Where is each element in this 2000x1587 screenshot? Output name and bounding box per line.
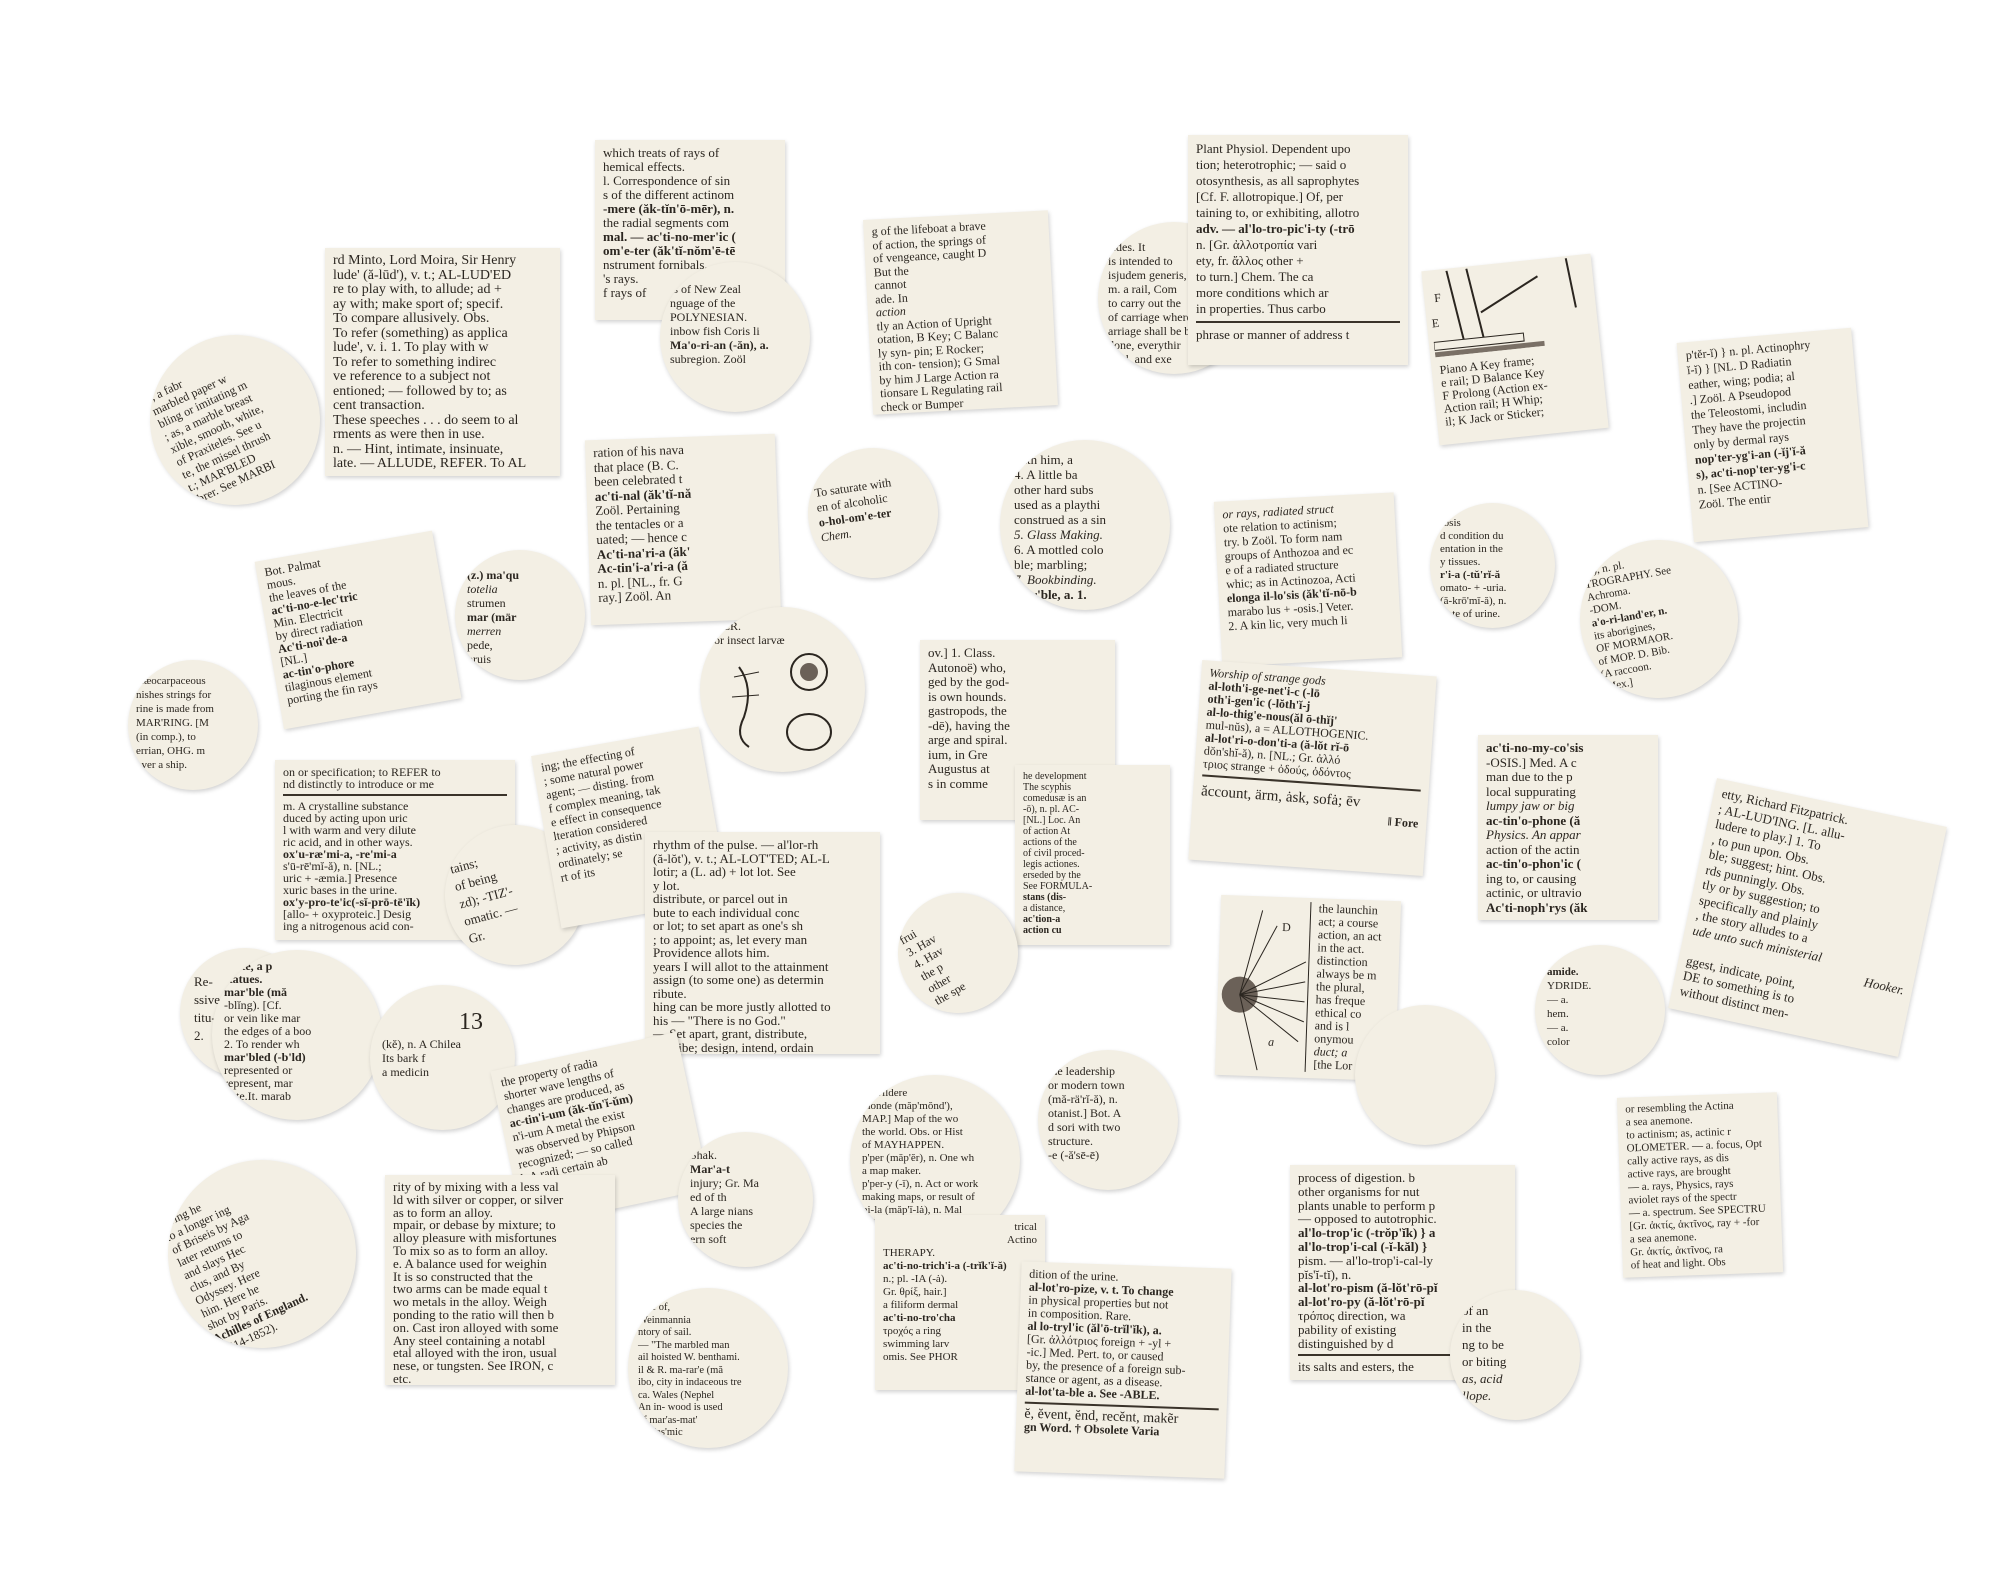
scrap-line: used as a playthi <box>1014 497 1156 512</box>
scrap-line: of mar'as-mat' <box>638 1415 778 1428</box>
scrap-line: om'e-ter (ăk'tĭ-nŏm'ē-tē <box>603 244 777 258</box>
scrap-actinic-square: or resembling the Actina a sea anemone. … <box>1617 1092 1783 1277</box>
scrap-line: lotir; a (L. ad) + lot lot. See <box>653 865 872 879</box>
scrap-line: Its bark f <box>382 1051 503 1065</box>
scrap-line: tion; heterotrophic; — said o <box>1196 157 1400 173</box>
scrap-line: making maps, or result of <box>862 1191 1008 1204</box>
scrap-page-number-circle: 13 (kĕ), n. A Chilea Its bark f a medici… <box>370 985 515 1130</box>
scrap-line: merren <box>467 624 573 638</box>
scrap-line: gute.It. marab <box>224 1090 370 1103</box>
scrap-line: ac'ti-no-trich'i-a (-trĭk'ĭ-ă) <box>883 1260 1037 1273</box>
scrap-allot-square: rhythm of the pulse. — al'lor-rh (ă-lŏt'… <box>645 832 880 1054</box>
scrap-line: the leadership <box>1048 1064 1168 1078</box>
scrap-line: otanist.] Bot. A <box>1048 1106 1168 1120</box>
scrap-line: (z.) ma'qu <box>467 568 573 582</box>
scrap-line: erseded by the <box>1023 870 1162 881</box>
scrap-line: taining to, or exhibiting, allotro <box>1196 205 1400 221</box>
scrap-allude-tilted-square: etty, Richard Fitzpatrick. ; AL-LUD'ING.… <box>1668 778 1947 1057</box>
scrap-line: d condition du <box>1440 530 1545 543</box>
scrap-line: To refer to something indirec <box>333 356 552 371</box>
scrap-line: y lot. <box>653 879 872 893</box>
scrap-line: (mă-rä'rĭ-ă), n. <box>1048 1092 1168 1106</box>
scrap-line: il & R. ma-rar'e (mă <box>638 1365 778 1378</box>
scrap-line: An in- wood is used <box>638 1402 778 1415</box>
scrap-line: arge and spiral. <box>928 733 1107 748</box>
scrap-line: -dē), having the <box>928 719 1107 734</box>
scrap-line: omato- + -uria. <box>1440 582 1545 595</box>
scrap-line: — a. <box>1547 993 1653 1007</box>
scrap-line: his — "There is no God." <box>653 1014 872 1028</box>
scrap-line: hing can be more justly allotted to <box>653 1000 872 1014</box>
scrap-line: totelia <box>467 582 573 596</box>
scrap-line: of MAYHAPPEN. <box>862 1139 1008 1152</box>
scrap-line: rd Minto, Lord Moira, Sir Henry <box>333 254 552 269</box>
scrap-line: ac'tion-a <box>1023 914 1162 925</box>
scrap-line: ety, fr. ἄλλος other + <box>1196 253 1400 269</box>
scrap-piano-key-frame-square: F E Piano A Key frame; e rail; D Balance… <box>1421 254 1608 446</box>
scrap-line: d sori with two <box>1048 1120 1168 1134</box>
scrap-line: — "The marbled man <box>638 1340 778 1353</box>
scrap-line: other organisms for nut <box>1298 1185 1507 1199</box>
scrap-line: actinic, or ultravio <box>1486 886 1650 901</box>
scrap-line: in properties. Thus carbo <box>1196 301 1400 317</box>
scrap-line: s of the different actinom <box>603 188 777 202</box>
scrap-line: YDRIDE. <box>1547 979 1653 993</box>
scrap-line: τροχός a ring <box>883 1325 1037 1338</box>
scrap-line: rescribe; design, intend, ordain <box>653 1041 872 1055</box>
scrap-line: (kĕ), n. A Chilea <box>382 1037 503 1051</box>
scrap-line: other hard subs <box>1014 482 1156 497</box>
scrap-line: monde (măp'mŏnd'), <box>862 1100 1008 1113</box>
scrap-line: n. [Gr. ἀλλοτροπία vari <box>1196 237 1400 253</box>
scrap-line: These speeches . . . do seem to al <box>333 414 552 429</box>
scrap-line: ca. Wales (Nephel <box>638 1390 778 1403</box>
scrap-line: DER. <box>714 619 851 633</box>
scrap-line: ibo, city in indaceous tre <box>638 1377 778 1390</box>
scrap-line: Shak. <box>690 1148 801 1162</box>
scrap-line: ay with; make sport of; specif. <box>333 298 552 313</box>
scrap-line: bruis <box>467 652 573 666</box>
scrap-line: y tissues. <box>1440 556 1545 569</box>
scrap-line: ng to be <box>1462 1336 1568 1353</box>
scrap-line: phrase or manner of address t <box>1196 327 1400 343</box>
scrap-line: is own hounds. <box>928 690 1107 705</box>
scrap-line: pede, <box>467 638 573 652</box>
scrap-line: of civil proced- <box>1023 848 1162 859</box>
scrap-marble-circle: with him, a 4. A little ba other hard su… <box>1000 440 1170 610</box>
scrap-line: hem. <box>1547 1007 1653 1021</box>
scrap-line: lude', v. i. 1. To play with w <box>333 341 552 356</box>
scrap-line: -e (-ă'sē-ē) <box>1048 1148 1168 1162</box>
scrap-line: state of urine. <box>1440 608 1545 621</box>
scrap-line: 4. A little ba <box>1014 467 1156 482</box>
scrap-line: 6. A mottled colo <box>1014 542 1156 557</box>
scrap-marble-paste-circle: paste, a p statues. mar'ble (mă -blĭng).… <box>212 950 382 1120</box>
scrap-line: more conditions which ar <box>1196 285 1400 301</box>
scrap-line: (ă-krō'mĭ-ă), n. <box>1440 595 1545 608</box>
scrap-line: over a ship. <box>136 758 250 772</box>
scrap-line: Ac'ti-noph'rys (ăk <box>1486 901 1650 916</box>
scrap-radiated-structure-square: or rays, radiated struct ote relation to… <box>1214 492 1402 666</box>
scrap-urine-circle: -osis d condition du entation in the y t… <box>1430 503 1555 628</box>
scrap-line: structure. <box>1048 1134 1168 1148</box>
scrap-line: or biting <box>1462 1353 1568 1370</box>
scrap-line: amide. <box>1547 965 1653 979</box>
scrap-line: pism. — al'lo-trop'i-cal-ly <box>1298 1254 1507 1268</box>
scrap-line: rade of, <box>638 1302 778 1315</box>
scrap-line: actions of the <box>1023 837 1162 848</box>
scrap-line: etc. <box>393 1373 607 1385</box>
scrap-elaeocarpaceous-circle: elæocarpaceous nishes strings for rine i… <box>128 660 258 790</box>
scrap-line: gastropods, the <box>928 704 1107 719</box>
scrap-line: rments as were then in use. <box>333 428 552 443</box>
scrap-line: Actino <box>883 1234 1037 1247</box>
scrap-line: entation in the <box>1440 543 1545 556</box>
scrap-line: Physics. An appar <box>1486 828 1650 843</box>
scrap-line: local suppurating <box>1486 785 1650 800</box>
scrap-line: a medicin <box>382 1065 503 1079</box>
scrap-line: -ō), n. pl. AC- <box>1023 804 1162 815</box>
scrap-line: a distance, <box>1023 903 1162 914</box>
scrap-line: MAP.] Map of the wo <box>862 1113 1008 1126</box>
scrap-line: ntory of sail. <box>638 1327 778 1340</box>
scrap-line: color <box>1547 1035 1653 1049</box>
scrap-line: process of digestion. b <box>1298 1171 1507 1185</box>
scrap-amide-circle: amide. YDRIDE. — a. hem. — a. color <box>1535 945 1665 1075</box>
scrap-line: which treats of rays of <box>603 146 777 160</box>
scrap-line: -osis <box>1440 517 1545 530</box>
scrap-line: nese, or tungsten. See IRON, c <box>393 1360 607 1373</box>
scrap-line: ac'ti-no-my-co'sis <box>1486 741 1650 756</box>
scrap-line: action cu <box>1023 925 1162 936</box>
scrap-line: nguage of the <box>670 296 800 310</box>
scrap-line: injury; Gr. Ma <box>690 1176 801 1190</box>
radiolarian-illustration-icon: D a <box>1217 899 1313 1072</box>
scrap-aucuba-circle: owing he to a longer ing of Briseis by A… <box>137 1129 387 1379</box>
scrap-line: species the <box>690 1218 801 1232</box>
scrap-line: comedusæ is an <box>1023 793 1162 804</box>
scrap-line: al-lot'ro-pism (ă-lŏt'rō-pĭ <box>1298 1281 1507 1295</box>
page-number: 13 <box>382 1007 503 1037</box>
scrap-line: of an <box>1462 1302 1568 1319</box>
scrap-line: with him, a <box>1014 452 1156 467</box>
scrap-line: -OSIS.] Med. A c <box>1486 756 1650 771</box>
scrap-line: 7. Bookbinding. <box>1014 572 1156 587</box>
scrap-line: ing to, or causing <box>1486 872 1650 887</box>
scrap-line: ble; marbling; <box>1014 557 1156 572</box>
scrap-line: ac-tin'o-phon'ic ( <box>1486 857 1650 872</box>
scrap-line: To compare allusively. Obs. <box>333 312 552 327</box>
scrap-line: or modern town <box>1048 1078 1168 1092</box>
svg-text:F: F <box>1433 290 1441 305</box>
scrap-line: lumpy jaw or big <box>1486 799 1650 814</box>
scrap-line: ; to appoint; as, let every man <box>653 933 872 947</box>
scrap-line: Bewildere <box>862 1087 1008 1100</box>
scrap-line: al'lo-trop'ic (-trŏp'ĭk) } a <box>1298 1226 1507 1240</box>
insect-larva-illustration-icon <box>714 647 844 757</box>
scrap-line: n.; pl. -IA (-ȧ). <box>883 1273 1037 1286</box>
scrap-line: re to play with, to allude; ad + <box>333 283 552 298</box>
scrap-line: plants unable to perform p <box>1298 1199 1507 1213</box>
scrap-line: mar (mär <box>467 610 573 624</box>
scrap-line: of action At <box>1023 826 1162 837</box>
scrap-line: ed of th <box>690 1190 801 1204</box>
scrap-line: elæocarpaceous <box>136 674 250 688</box>
scrap-line: ium, in Gre <box>928 748 1107 763</box>
scrap-line: errian, OHG. m <box>136 744 250 758</box>
scrap-line: MAR'RING. [M <box>136 716 250 730</box>
scrap-actinopterygian-square: p'tĕr-ĭ) } n. pl. Actinophry ĭ-ĭ) } [NL.… <box>1677 328 1869 542</box>
scrap-line: the radial segments com <box>603 216 777 230</box>
scrap-line: l. Correspondence of sin <box>603 174 777 188</box>
scrap-line: legis actiones. <box>1023 859 1162 870</box>
scrap-line: cent transaction. <box>333 399 552 414</box>
scrap-line: trical <box>883 1221 1037 1234</box>
scrap-line: al'lo-trop'i-cal (-ĭ-kăl) } <box>1298 1240 1507 1254</box>
scrap-line: Plant Physiol. Dependent upo <box>1196 141 1400 157</box>
scrap-line: mar'as'mic <box>638 1427 778 1440</box>
scrap-line: mal. — ac'ti-no-mer'ic ( <box>603 230 777 244</box>
scrap-line: a map maker. <box>862 1165 1008 1178</box>
scrap-line: nishes strings for <box>136 688 250 702</box>
scrap-allotrylic-square: dition of the urine. al-lot'ro-pize, v. … <box>1014 1261 1231 1478</box>
scrap-line: Weinmannia <box>638 1315 778 1328</box>
scrap-line: ern soft <box>690 1232 801 1246</box>
scrap-line: To refer (something) as applica <box>333 327 552 342</box>
scrap-line: swimming larv <box>883 1338 1037 1351</box>
scrap-line: as, acid <box>1462 1370 1568 1387</box>
scrap-line: lude' (ă-lūd'), v. t.; AL-LUD'ED <box>333 269 552 284</box>
scrap-line: rine is made from <box>136 702 250 716</box>
scrap-line: ve reference to a subject not <box>333 370 552 385</box>
svg-text:D: D <box>1282 920 1291 934</box>
scrap-line: to turn.] Chem. The ca <box>1196 269 1400 285</box>
scrap-line: is of New Zeal <box>670 282 800 296</box>
scrap-line: man due to the p <box>1486 770 1650 785</box>
scrap-line: (ă-lŏt'), v. t.; AL-LOT'TED; AL-L <box>653 852 872 866</box>
scrap-actionable-square: he development The scyphis comedusæ is a… <box>1015 765 1170 945</box>
scrap-line: construed as a sin <box>1014 512 1156 527</box>
scrap-line: n. — Hint, intimate, insinuate, <box>333 443 552 458</box>
scrap-line: POLYNESIAN. <box>670 310 800 324</box>
scrap-line: stans (dis- <box>1023 892 1162 903</box>
scrap-allotropy-square: Plant Physiol. Dependent upo tion; heter… <box>1188 135 1408 365</box>
scrap-alloy-square: rity of by mixing with a less val ld wit… <box>385 1175 615 1385</box>
scrap-line: ribute. <box>653 987 872 1001</box>
scrap-line: Providence allots him. <box>653 946 872 960</box>
scrap-line: Gr. θρίξ, hair.] <box>883 1286 1037 1299</box>
scrap-line: strumen <box>467 596 573 610</box>
scrap-line: -mere (ăk-tĭn'ō-mēr), n. <box>603 202 777 216</box>
scrap-line: a filiform dermal <box>883 1299 1037 1312</box>
scrap-line: — opposed to autotrophic. <box>1298 1212 1507 1226</box>
scrap-line: r'i-a (-tŭ'rĭ-ă <box>1440 569 1545 582</box>
scrap-line: the world. Obs. or Hist <box>862 1126 1008 1139</box>
scrap-line: nd distinctly to introduce or me <box>283 778 507 790</box>
scrap-line: inbow fish Coris li <box>670 324 800 338</box>
scrap-line: ac'ti-no-tro'cha <box>883 1312 1037 1325</box>
scrap-line: The scyphis <box>1023 782 1162 793</box>
scrap-actinomycosis-square: ac'ti-no-my-co'sis -OSIS.] Med. A c man … <box>1478 735 1658 920</box>
scrap-line: or insect larvæ <box>714 633 851 647</box>
scrap-line: [Cf. F. allotropique.] Of, per <box>1196 189 1400 205</box>
scrap-line: See FORMULA- <box>1023 881 1162 892</box>
scrap-marquetry-circle: (z.) ma'qu totelia strumen mar (mär merr… <box>455 550 585 680</box>
scrap-biting-circle: of an in the ng to be or biting as, acid… <box>1450 1290 1580 1420</box>
scrap-line: late. — ALLUDE, REFER. To AL <box>333 457 552 472</box>
scrap-insect-larvae-circle: DER. or insect larvæ <box>700 607 865 772</box>
scrap-blank-circle-a <box>1355 1005 1495 1145</box>
scrap-actinoholometer-circle: To saturate with en of alcoholic o-hol-o… <box>800 440 947 587</box>
scrap-line: in the <box>1462 1319 1568 1336</box>
svg-text:a: a <box>1268 1035 1274 1049</box>
scrap-line: ov.] 1. Class. <box>928 646 1107 661</box>
piano-action-diagram-icon: F E <box>1427 257 1585 357</box>
scrap-line: omis. See PHOR <box>883 1351 1037 1364</box>
scrap-line: action of the actin <box>1486 843 1650 858</box>
scrap-line: adv. — al'lo-tro-pic'i-ty (-trō <box>1196 221 1400 237</box>
scrap-leadership-circle: the leadership or modern town (mă-rä'rĭ-… <box>1038 1050 1178 1190</box>
scrap-line: p'per-y (-ĭ), n. Act or work <box>862 1178 1008 1191</box>
scrap-line: Ma'o-ri-an (-ăn), a. <box>670 338 800 352</box>
scrap-actinoelectric-square: Bot. Palmat mous. the leaves of the ac't… <box>255 531 462 730</box>
scrap-line: — a. <box>1547 1021 1653 1035</box>
scrap-line: ged by the god- <box>928 675 1107 690</box>
scrap-line: THERAPY. <box>883 1247 1037 1260</box>
scrap-line: years I will allot to the attainment <box>653 960 872 974</box>
scrap-marbled-circle: s, a fabr marbled paper w bling or imita… <box>122 307 348 533</box>
scrap-line: Autonoë) who, <box>928 661 1107 676</box>
divider-rule <box>1196 321 1400 323</box>
scrap-line: or lot; to set apart as one's sh <box>653 919 872 933</box>
scrap-line: he development <box>1023 771 1162 782</box>
scrap-line: [NL.] Loc. An <box>1023 815 1162 826</box>
scrap-line: mar'ble, a. 1. <box>1014 587 1156 602</box>
scrap-marbled-tree-circle: rade of, Weinmannia ntory of sail. — "Th… <box>628 1288 788 1448</box>
scrap-line: pĭs'ĭ-tĭ), n. <box>1298 1268 1507 1282</box>
scrap-maorilander-circle: ăr'), n. pl. TROGRAPHY. See Achroma. -DO… <box>1567 527 1750 710</box>
scrap-line: subregion. Zoöl <box>670 352 800 366</box>
scrap-line: otosynthesis, as all saprophytes <box>1196 173 1400 189</box>
divider-rule <box>283 794 507 796</box>
scrap-actinal-square: ration of his nava that place (B. C. bee… <box>585 434 781 626</box>
scrap-line: hemical effects. <box>603 160 777 174</box>
scrap-line: distribute, or parcel out in <box>653 892 872 906</box>
scrap-line: assign (to some one) as determin <box>653 973 872 987</box>
scrap-line: — Set apart, grant, distribute, <box>653 1027 872 1041</box>
scrap-line: llope. <box>1462 1387 1568 1404</box>
scrap-maorian-circle: is of New Zeal nguage of the POLYNESIAN.… <box>660 262 810 412</box>
scrap-allothigenous-square: Worship of strange gods al-loth'i-ge-net… <box>1188 660 1436 876</box>
scrap-line: ac-tin'o-phone (ă <box>1486 814 1650 829</box>
scrap-line: Mar'a-t <box>690 1162 801 1176</box>
scrap-line: rhythm of the pulse. — al'lor-rh <box>653 838 872 852</box>
scrap-piano-action-square: g of the lifeboat a brave of action, the… <box>863 210 1058 414</box>
scrap-allude-square: rd Minto, Lord Moira, Sir Henry lude' (ă… <box>325 248 560 476</box>
scrap-line: 5. Glass Making. <box>1014 527 1156 542</box>
scrap-line: A large nians <box>690 1204 801 1218</box>
scrap-line: bute to each individual conc <box>653 906 872 920</box>
scrap-line: entioned; — followed by to; as <box>333 385 552 400</box>
scrap-line: p'per (măp'ĕr), n. One wh <box>862 1152 1008 1165</box>
scrap-maratta-circle: Shak. Mar'a-t injury; Gr. Ma ed of th A … <box>678 1132 813 1267</box>
scrap-line: (in comp.), to <box>136 730 250 744</box>
scrap-line: ail hoisted W. benthami. <box>638 1352 778 1365</box>
svg-text:E: E <box>1431 316 1440 331</box>
